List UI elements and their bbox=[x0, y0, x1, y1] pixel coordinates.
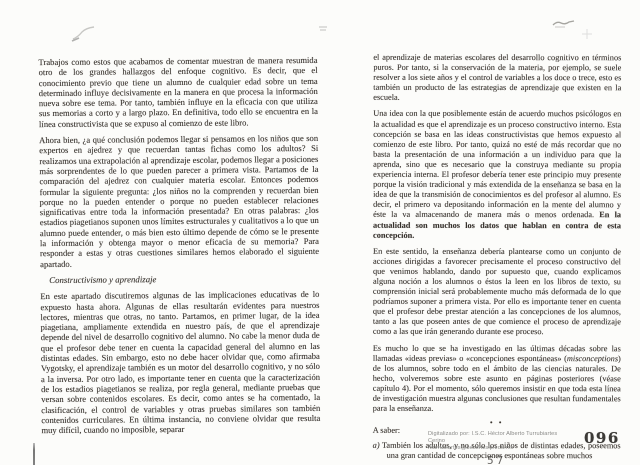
pencil-squiggle-top-left bbox=[70, 22, 102, 44]
faint-plus-mark bbox=[581, 28, 593, 40]
digitization-stamp: Digitalizado por: I.S.C. Héctor Alberto … bbox=[428, 431, 563, 452]
scribble-top-right bbox=[551, 17, 577, 31]
section-heading-constructivismo: Constructivismo y aprendizaje bbox=[49, 273, 319, 285]
page-number: 096 bbox=[584, 429, 620, 447]
paragraph-teaching-actions: En este sentido, la enseñanza debería pl… bbox=[373, 246, 621, 337]
scanned-book-spread: Trabajos como estos que acabamos de come… bbox=[0, 0, 640, 465]
left-page: Trabajos como estos que acabamos de come… bbox=[38, 55, 320, 442]
smudge-mark-gutter bbox=[318, 24, 330, 34]
italic-term: misconceptions bbox=[567, 354, 618, 363]
pen-stroke-bottom-left bbox=[33, 443, 35, 465]
paragraph-text: Una idea con la que posiblemente están d… bbox=[373, 109, 621, 219]
paragraph-educational-implications: En este apartado discutiremos algunas de… bbox=[40, 289, 320, 435]
paragraph-constructive-process: Una idea con la que posiblemente están d… bbox=[373, 109, 621, 241]
stamp-line-2: hturrubiartes@beceneslp.edu.mx bbox=[428, 445, 563, 452]
paragraph-school-learning: el aprendizaje de materias escolares del… bbox=[373, 53, 621, 104]
right-page: el aprendizaje de materias escolares del… bbox=[373, 53, 622, 462]
list-item-label: a) bbox=[373, 441, 380, 450]
handwritten-number: 57 bbox=[487, 454, 506, 465]
stamp-line-1: Digitalizado por: I.S.C. Héctor Alberto … bbox=[428, 431, 563, 445]
paragraph-chess-question: Ahora bien, ¿a qué conclusión podemos ll… bbox=[39, 133, 319, 269]
paragraph-cognitive-findings: Trabajos como estos que acabamos de come… bbox=[38, 55, 318, 129]
paragraph-misconceptions: Es mucho lo que se ha investigado en las… bbox=[373, 343, 621, 414]
